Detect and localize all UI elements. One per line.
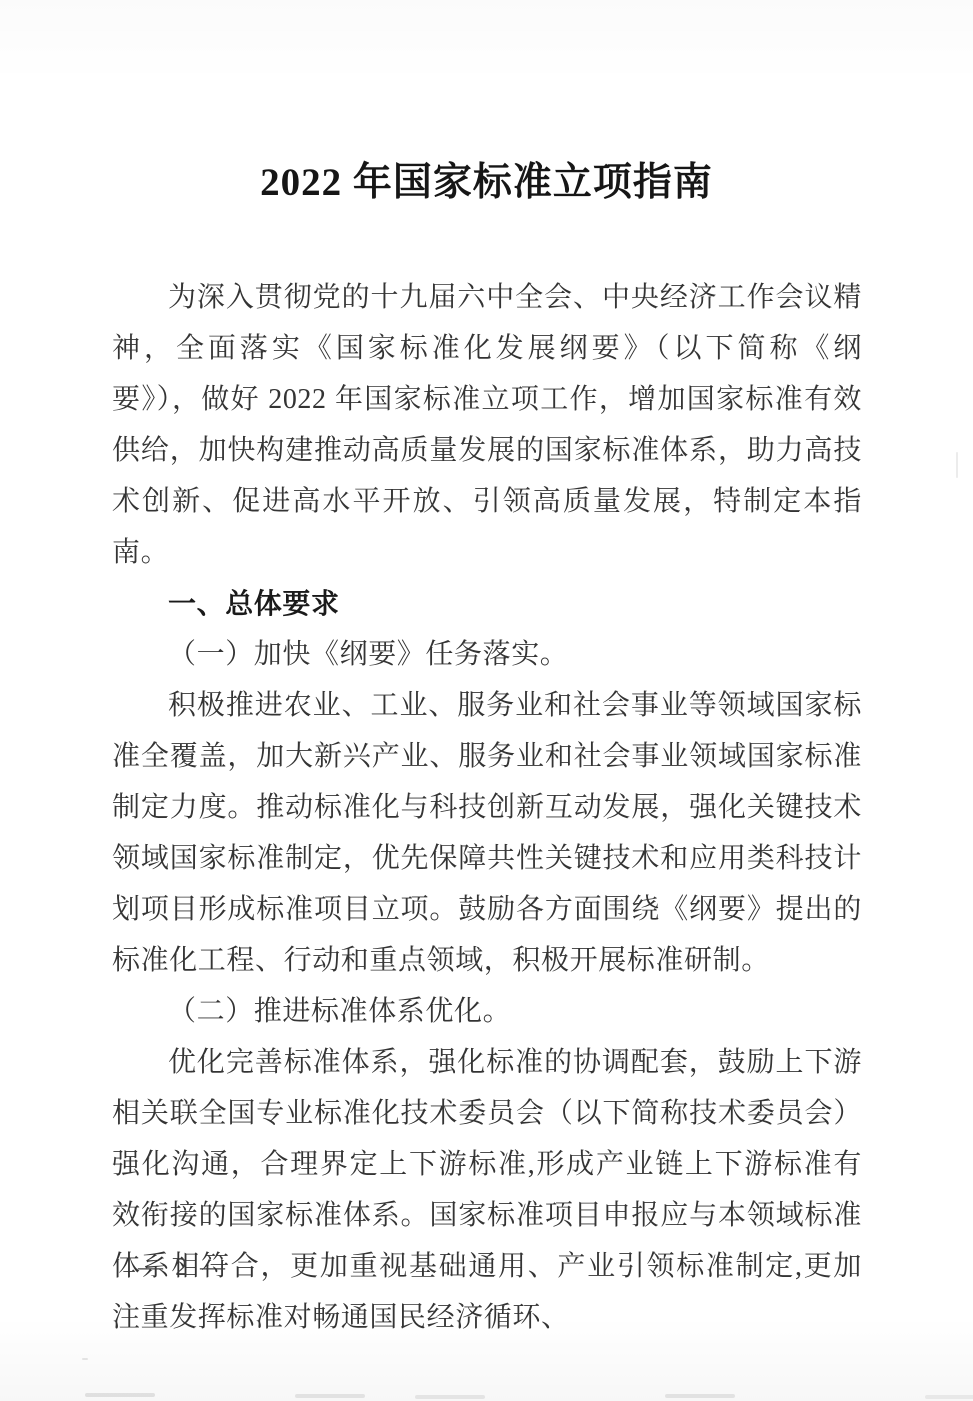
- scan-artifact-right-edge: [956, 452, 958, 478]
- document-page: 2022 年国家标准立项指南 为深入贯彻党的十九届六中全会、中央经济工作会议精神…: [0, 0, 973, 1401]
- section-heading-overall-requirements: 一、总体要求: [112, 578, 862, 629]
- document-title: 2022 年国家标准立项指南: [0, 158, 973, 208]
- subsection-heading-system-optimization: （二）推进标准体系优化。: [112, 986, 862, 1037]
- paragraph-intro: 为深入贯彻党的十九届六中全会、中央经济工作会议精神，全面落实《国家标准化发展纲要…: [112, 272, 862, 578]
- scan-artifact-bottom-edge: [85, 1393, 155, 1397]
- page-number: — 2 —: [138, 1254, 228, 1282]
- paragraph-standard-coverage: 积极推进农业、工业、服务业和社会事业等领域国家标准全覆盖，加大新兴产业、服务业和…: [112, 680, 862, 986]
- document-body: 为深入贯彻党的十九届六中全会、中央经济工作会议精神，全面落实《国家标准化发展纲要…: [112, 272, 862, 1343]
- paragraph-system-optimization: 优化完善标准体系，强化标准的协调配套，鼓励上下游相关联全国专业标准化技术委员会（…: [112, 1037, 862, 1343]
- scan-artifact-dot: [82, 1358, 88, 1360]
- subsection-heading-guideline-implementation: （一）加快《纲要》任务落实。: [112, 629, 862, 680]
